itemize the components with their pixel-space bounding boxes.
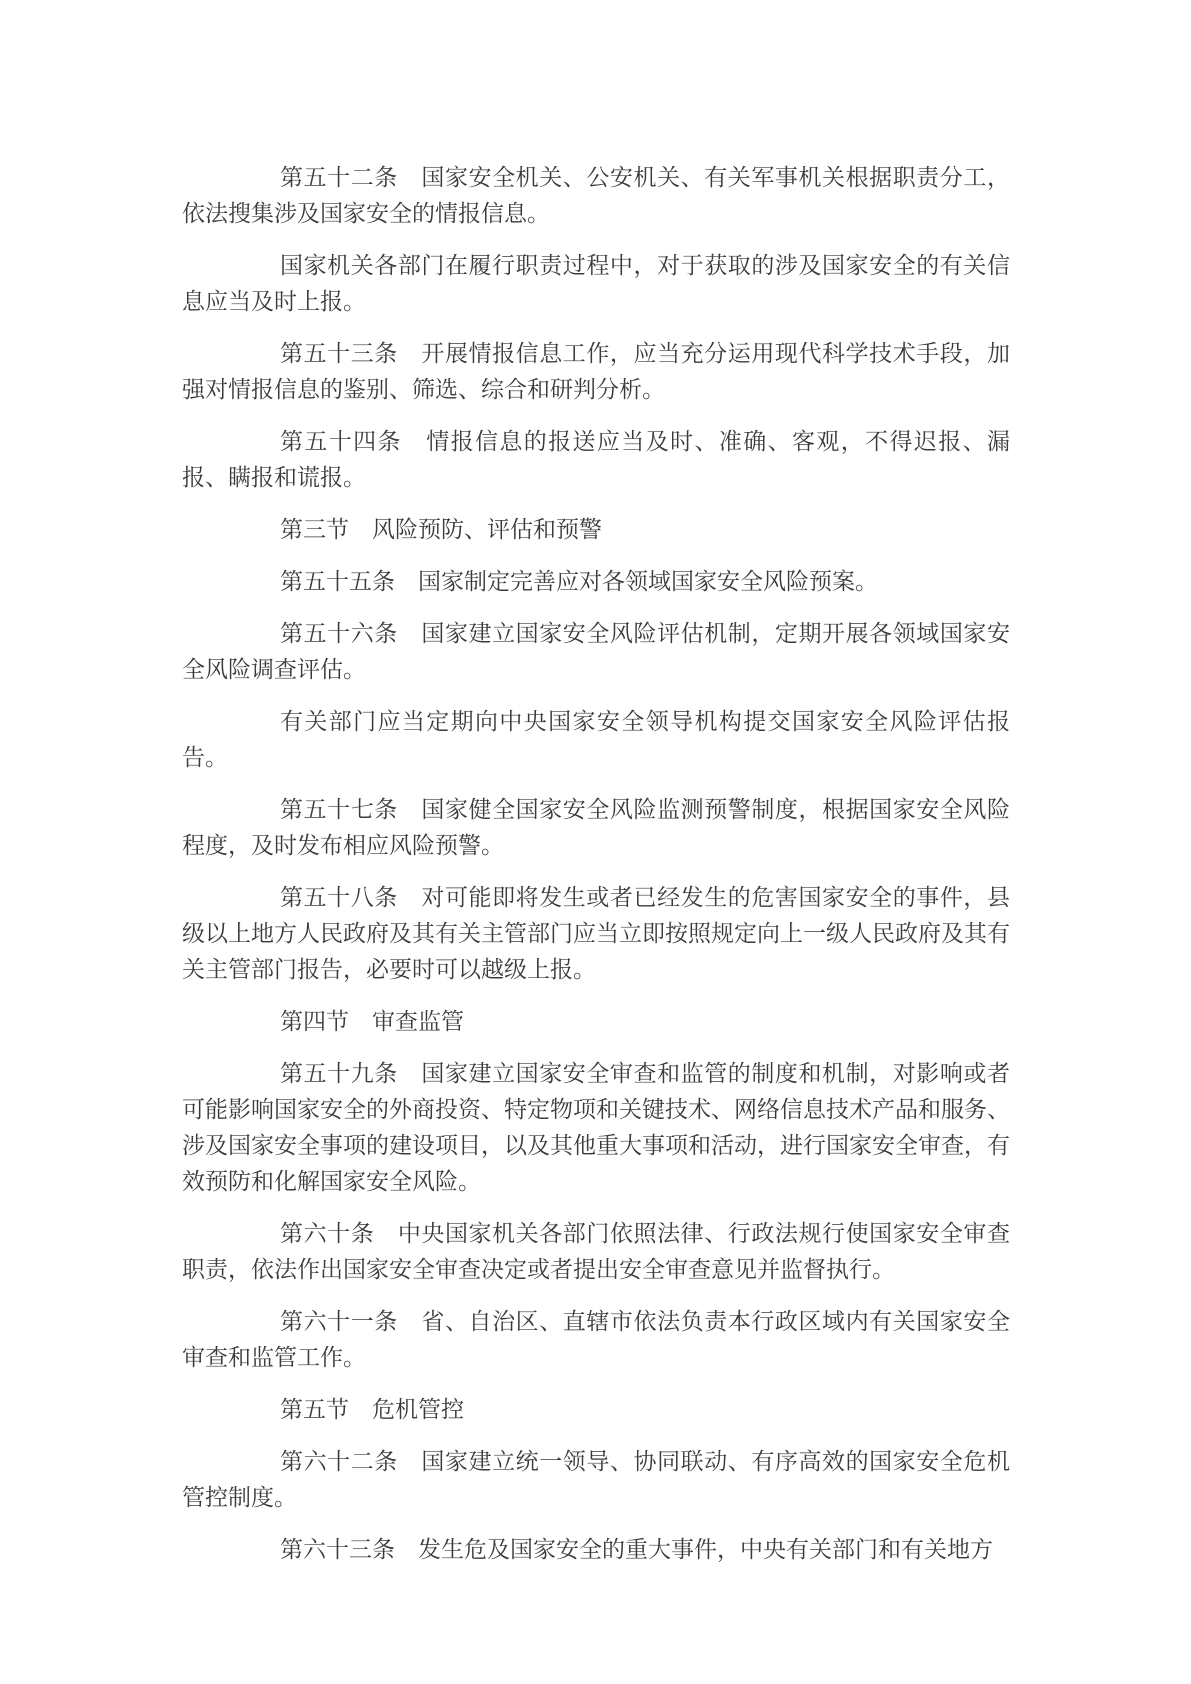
section-heading: 第四节 审查监管 xyxy=(182,1004,1010,1040)
article-paragraph: 第六十三条 发生危及国家安全的重大事件，中央有关部门和有关地方 xyxy=(182,1532,1010,1568)
document-content: 第五十二条 国家安全机关、公安机关、有关军事机关根据职责分工，依法搜集涉及国家安… xyxy=(182,160,1010,1568)
section-heading: 第五节 危机管控 xyxy=(182,1392,1010,1428)
article-paragraph: 第五十七条 国家健全国家安全风险监测预警制度，根据国家安全风险程度，及时发布相应… xyxy=(182,792,1010,864)
body-paragraph: 有关部门应当定期向中央国家安全领导机构提交国家安全风险评估报告。 xyxy=(182,704,1010,776)
article-paragraph: 第五十八条 对可能即将发生或者已经发生的危害国家安全的事件，县级以上地方人民政府… xyxy=(182,880,1010,988)
article-paragraph: 第五十六条 国家建立国家安全风险评估机制，定期开展各领域国家安全风险调查评估。 xyxy=(182,616,1010,688)
article-paragraph: 第六十一条 省、自治区、直辖市依法负责本行政区域内有关国家安全审查和监管工作。 xyxy=(182,1304,1010,1376)
article-paragraph: 第五十三条 开展情报信息工作，应当充分运用现代科学技术手段，加强对情报信息的鉴别… xyxy=(182,336,1010,408)
article-paragraph: 第五十四条 情报信息的报送应当及时、准确、客观，不得迟报、漏报、瞒报和谎报。 xyxy=(182,424,1010,496)
body-paragraph: 国家机关各部门在履行职责过程中，对于获取的涉及国家安全的有关信息应当及时上报。 xyxy=(182,248,1010,320)
article-paragraph: 第五十九条 国家建立国家安全审查和监管的制度和机制，对影响或者可能影响国家安全的… xyxy=(182,1056,1010,1200)
article-paragraph: 第五十五条 国家制定完善应对各领域国家安全风险预案。 xyxy=(182,564,1010,600)
document-page: 第五十二条 国家安全机关、公安机关、有关军事机关根据职责分工，依法搜集涉及国家安… xyxy=(0,0,1191,1684)
article-paragraph: 第五十二条 国家安全机关、公安机关、有关军事机关根据职责分工，依法搜集涉及国家安… xyxy=(182,160,1010,232)
article-paragraph: 第六十条 中央国家机关各部门依照法律、行政法规行使国家安全审查职责，依法作出国家… xyxy=(182,1216,1010,1288)
article-paragraph: 第六十二条 国家建立统一领导、协同联动、有序高效的国家安全危机管控制度。 xyxy=(182,1444,1010,1516)
section-heading: 第三节 风险预防、评估和预警 xyxy=(182,512,1010,548)
